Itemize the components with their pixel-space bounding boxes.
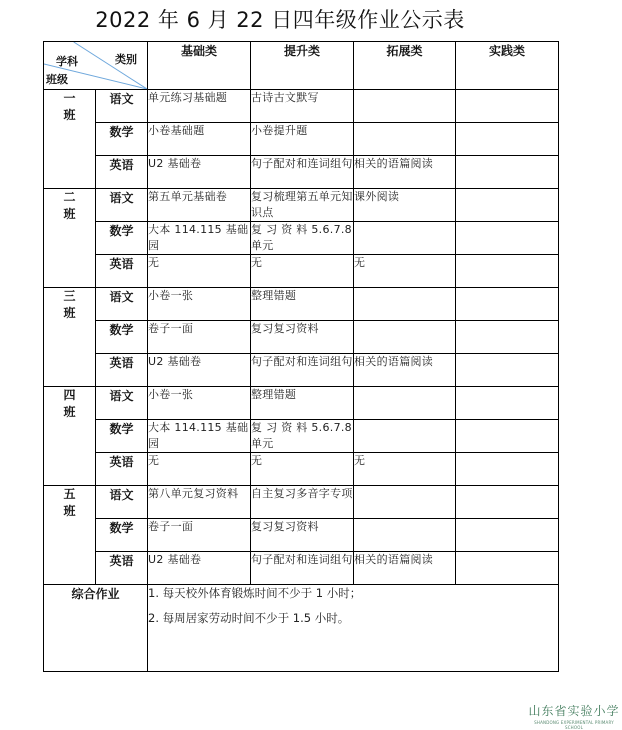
cell-basic: 小卷一张: [148, 387, 251, 420]
summary-item: 2. 每周居家劳动时间不少于 1.5 小时。: [148, 610, 558, 626]
cell-extend: 相关的语篇阅读: [354, 552, 456, 585]
column-header-improve: 提升类: [251, 42, 354, 90]
subject-label: 语文: [96, 486, 148, 519]
cell-practice: [456, 189, 559, 222]
class-label-line2: 班: [44, 305, 95, 322]
cell-basic: 无: [148, 453, 251, 486]
table-row: 英语 无 无 无: [44, 453, 559, 486]
corner-subject-label: 学科: [56, 53, 78, 69]
cell-practice: [456, 486, 559, 519]
cell-practice: [456, 354, 559, 387]
cell-practice: [456, 255, 559, 288]
cell-practice: [456, 321, 559, 354]
cell-improve: 整理错题: [251, 288, 354, 321]
cell-basic: 无: [148, 255, 251, 288]
cell-practice: [456, 288, 559, 321]
subject-label: 英语: [96, 453, 148, 486]
class-label: 五班: [44, 486, 96, 585]
cell-basic: 大本 114.115 基础园: [148, 420, 251, 453]
column-header-basic: 基础类: [148, 42, 251, 90]
school-logo-name-en: SHANDONG EXPERIMENTAL PRIMARY SCHOOL: [528, 720, 620, 730]
school-logo-name-cn: 山东省实验小学: [528, 702, 620, 719]
cell-basic: 小卷一张: [148, 288, 251, 321]
cell-basic: U2 基础卷: [148, 156, 251, 189]
cell-improve: 复 习 资 料 5.6.7.8单元: [251, 222, 354, 255]
cell-practice: [456, 156, 559, 189]
cell-extend: [354, 420, 456, 453]
cell-practice: [456, 387, 559, 420]
class-label-line1: 四: [44, 387, 95, 404]
cell-extend: [354, 222, 456, 255]
cell-extend: 无: [354, 453, 456, 486]
cell-extend: [354, 321, 456, 354]
subject-label: 英语: [96, 552, 148, 585]
cell-practice: [456, 123, 559, 156]
table-row: 英语 无 无 无: [44, 255, 559, 288]
cell-improve: 句子配对和连词组句: [251, 552, 354, 585]
cell-improve: 复习梳理第五单元知识点: [251, 189, 354, 222]
table-row: 四班 语文 小卷一张 整理错题: [44, 387, 559, 420]
summary-row: 综合作业 1. 每天校外体育锻炼时间不少于 1 小时； 2. 每周居家劳动时间不…: [44, 585, 559, 672]
corner-category-label: 类别: [115, 51, 137, 67]
school-logo: 山东省实验小学 SHANDONG EXPERIMENTAL PRIMARY SC…: [528, 702, 620, 730]
class-label-line1: 三: [44, 288, 95, 305]
table-row: 五班 语文 第八单元复习资料 自主复习多音字专项: [44, 486, 559, 519]
cell-basic: 卷子一面: [148, 519, 251, 552]
cell-extend: 无: [354, 255, 456, 288]
cell-extend: 相关的语篇阅读: [354, 354, 456, 387]
table-row: 英语 U2 基础卷 句子配对和连词组句 相关的语篇阅读: [44, 354, 559, 387]
column-header-practice: 实践类: [456, 42, 559, 90]
corner-header: 学科 类别 班级: [44, 42, 148, 90]
class-label-line1: 五: [44, 486, 95, 503]
cell-improve: 复 习 资 料 5.6.7.8单元: [251, 420, 354, 453]
cell-extend: [354, 90, 456, 123]
summary-content: 1. 每天校外体育锻炼时间不少于 1 小时； 2. 每周居家劳动时间不少于 1.…: [148, 585, 559, 672]
cell-basic: 单元练习基础题: [148, 90, 251, 123]
subject-label: 数学: [96, 123, 148, 156]
table-row: 一班 语文 单元练习基础题 古诗古文默写: [44, 90, 559, 123]
table-row: 数学 小卷基础题 小卷提升题: [44, 123, 559, 156]
cell-improve: 整理错题: [251, 387, 354, 420]
subject-label: 数学: [96, 420, 148, 453]
subject-label: 英语: [96, 156, 148, 189]
homework-table: 学科 类别 班级 基础类 提升类 拓展类 实践类 一班 语文 单元练习基础题 古…: [43, 41, 559, 672]
cell-basic: 卷子一面: [148, 321, 251, 354]
cell-extend: 相关的语篇阅读: [354, 156, 456, 189]
class-label-line2: 班: [44, 503, 95, 520]
table-row: 英语 U2 基础卷 句子配对和连词组句 相关的语篇阅读: [44, 156, 559, 189]
table-row: 英语 U2 基础卷 句子配对和连词组句 相关的语篇阅读: [44, 552, 559, 585]
page-title: 2022 年 6 月 22 日四年级作业公示表: [0, 4, 560, 34]
cell-practice: [456, 420, 559, 453]
class-label: 四班: [44, 387, 96, 486]
class-label: 三班: [44, 288, 96, 387]
class-label-line2: 班: [44, 206, 95, 223]
cell-improve: 句子配对和连词组句: [251, 156, 354, 189]
class-label-line1: 二: [44, 189, 95, 206]
cell-basic: U2 基础卷: [148, 552, 251, 585]
cell-improve: 无: [251, 255, 354, 288]
table-row: 二班 语文 第五单元基础卷 复习梳理第五单元知识点 课外阅读: [44, 189, 559, 222]
cell-improve: 复习复习资料: [251, 321, 354, 354]
summary-item: 1. 每天校外体育锻炼时间不少于 1 小时；: [148, 585, 558, 601]
class-label: 二班: [44, 189, 96, 288]
subject-label: 语文: [96, 288, 148, 321]
summary-label: 综合作业: [44, 585, 148, 672]
cell-improve: 复习复习资料: [251, 519, 354, 552]
cell-practice: [456, 453, 559, 486]
subject-label: 语文: [96, 90, 148, 123]
subject-label: 语文: [96, 387, 148, 420]
cell-practice: [456, 552, 559, 585]
subject-label: 数学: [96, 321, 148, 354]
cell-extend: 课外阅读: [354, 189, 456, 222]
cell-improve: 句子配对和连词组句: [251, 354, 354, 387]
cell-improve: 小卷提升题: [251, 123, 354, 156]
cell-basic: 大本 114.115 基础园: [148, 222, 251, 255]
column-header-extend: 拓展类: [354, 42, 456, 90]
table-row: 数学 卷子一面 复习复习资料: [44, 519, 559, 552]
cell-basic: U2 基础卷: [148, 354, 251, 387]
cell-basic: 第五单元基础卷: [148, 189, 251, 222]
table-row: 数学 大本 114.115 基础园 复 习 资 料 5.6.7.8单元: [44, 222, 559, 255]
cell-extend: [354, 123, 456, 156]
cell-practice: [456, 222, 559, 255]
table-row: 数学 大本 114.115 基础园 复 习 资 料 5.6.7.8单元: [44, 420, 559, 453]
corner-class-label: 班级: [46, 71, 68, 87]
class-label-line1: 一: [44, 90, 95, 107]
table-row: 三班 语文 小卷一张 整理错题: [44, 288, 559, 321]
class-label-line2: 班: [44, 404, 95, 421]
cell-extend: [354, 387, 456, 420]
class-label-line2: 班: [44, 107, 95, 124]
cell-practice: [456, 90, 559, 123]
subject-label: 语文: [96, 189, 148, 222]
cell-basic: 第八单元复习资料: [148, 486, 251, 519]
class-label: 一班: [44, 90, 96, 189]
subject-label: 数学: [96, 222, 148, 255]
cell-improve: 自主复习多音字专项: [251, 486, 354, 519]
table-row: 数学 卷子一面 复习复习资料: [44, 321, 559, 354]
cell-extend: [354, 288, 456, 321]
cell-practice: [456, 519, 559, 552]
subject-label: 英语: [96, 354, 148, 387]
header-row: 学科 类别 班级 基础类 提升类 拓展类 实践类: [44, 42, 559, 90]
subject-label: 数学: [96, 519, 148, 552]
cell-extend: [354, 486, 456, 519]
cell-basic: 小卷基础题: [148, 123, 251, 156]
subject-label: 英语: [96, 255, 148, 288]
cell-improve: 无: [251, 453, 354, 486]
cell-extend: [354, 519, 456, 552]
cell-improve: 古诗古文默写: [251, 90, 354, 123]
